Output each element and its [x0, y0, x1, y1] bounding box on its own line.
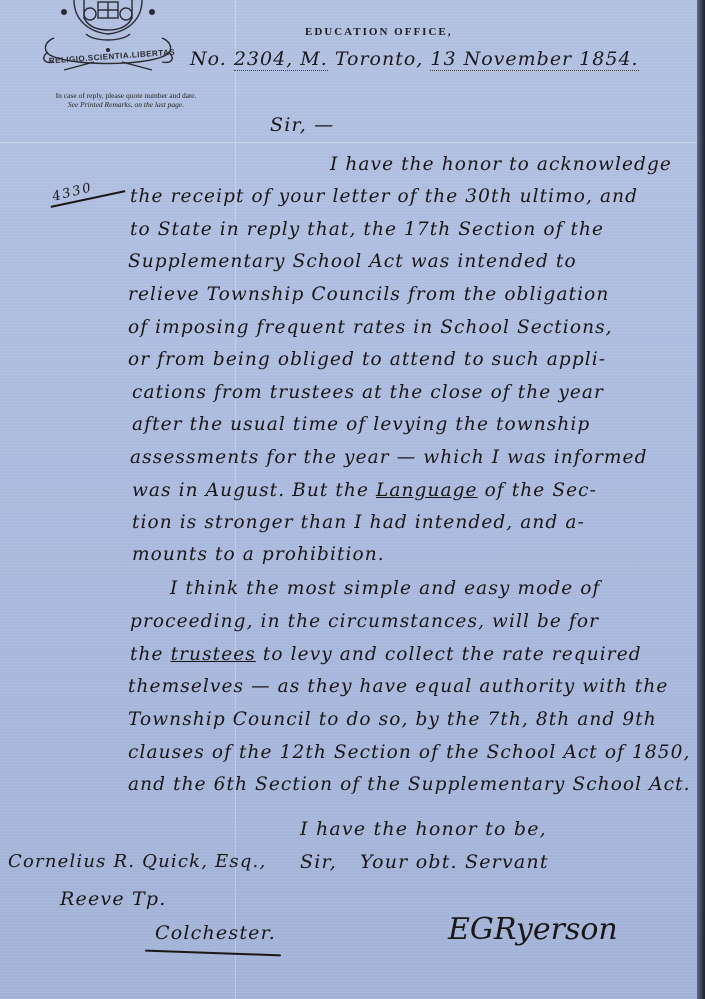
body-line: and the 6th Section of the Supplementary… [128, 774, 691, 795]
body-line: or from being obliged to attend to such … [128, 349, 606, 370]
reply-instructions: In case of reply, please quote number an… [36, 91, 216, 109]
closing-servant: Your obt. Servant [360, 851, 549, 873]
paper-fold-horizontal [0, 142, 697, 143]
reply-note-line: In case of reply, please quote number an… [36, 91, 216, 100]
body-line: tion is stronger than I had intended, an… [132, 512, 585, 533]
body-text: was in August. But the [132, 480, 376, 501]
body-line: to State in reply that, the 17th Section… [130, 219, 604, 240]
body-line: cations from trustees at the close of th… [132, 382, 604, 403]
body-line: the trustees to levy and collect the rat… [130, 644, 642, 665]
reference-number: 2304, M. [234, 48, 328, 71]
body-line: I think the most simple and easy mode of [170, 578, 600, 599]
body-text: the [130, 644, 171, 665]
number-label: No. [190, 48, 227, 70]
body-text: to levy and collect the rate required [256, 644, 642, 665]
underlined-word-trustees: trustees [171, 644, 256, 665]
salutation: Sir, — [270, 114, 334, 136]
body-line: Supplementary School Act was intended to [128, 251, 577, 272]
body-line: I have the honor to acknowledge [330, 154, 672, 175]
body-line: mounts to a prohibition. [132, 544, 385, 565]
addressee-place: Colchester. [155, 922, 276, 944]
underlined-word-language: Language [376, 480, 478, 501]
reference-place: Toronto, [335, 48, 424, 70]
printed-remarks-note: See Printed Remarks, on the last page. [36, 100, 216, 109]
body-line: assessments for the year — which I was i… [130, 447, 648, 468]
body-text: of the Sec- [478, 480, 597, 501]
body-line: was in August. But the Language of the S… [132, 480, 597, 501]
paper-edge-shadow [697, 0, 705, 999]
body-line: of imposing frequent rates in School Sec… [128, 317, 613, 338]
reference-line: No. 2304, M. Toronto, 13 November 1854. [190, 48, 639, 70]
body-line: relieve Township Councils from the oblig… [128, 284, 609, 305]
addressee-name: Cornelius R. Quick, Esq., [8, 851, 266, 872]
body-line: Township Council to do so, by the 7th, 8… [128, 709, 657, 730]
signature: EGRyerson [448, 912, 618, 947]
addressee-title: Reeve Tp. [60, 888, 167, 910]
closing-line: I have the honor to be, [300, 818, 547, 840]
body-line: clauses of the 12th Section of the Schoo… [128, 742, 690, 763]
closing-sir: Sir, [300, 851, 337, 873]
body-line: themselves — as they have equal authorit… [128, 676, 668, 697]
body-line: after the usual time of levying the town… [132, 414, 590, 435]
body-line: proceeding, in the circumstances, will b… [130, 611, 599, 632]
body-line: the receipt of your letter of the 30th u… [130, 186, 638, 207]
reference-date: 13 November 1854. [430, 48, 638, 71]
office-heading: EDUCATION OFFICE, [305, 26, 452, 38]
